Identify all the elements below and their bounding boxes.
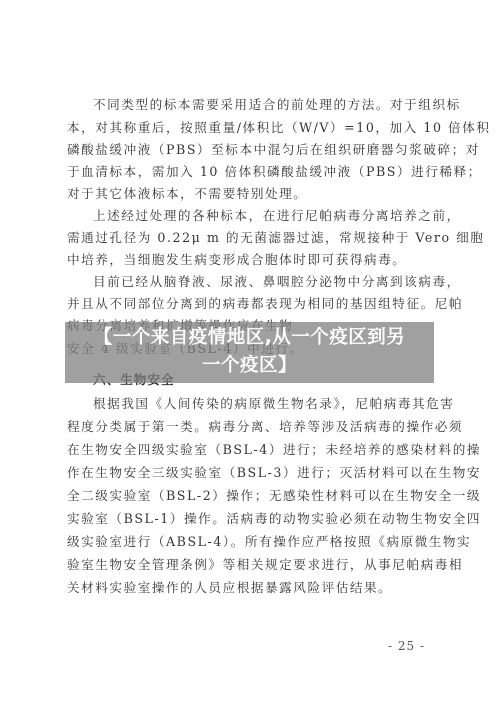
- text-line: 目前已经从脑脊液、尿液、鼻咽腔分泌物中分离到该病毒，: [93, 271, 463, 293]
- page-number: - 25 -: [388, 639, 425, 653]
- text-line: 对于其它体液标本，不需要特别处理。: [67, 183, 437, 205]
- overlay-title: 【一个来自疫情地区,从一个疫区到另 一个疫区】: [65, 324, 434, 380]
- text-line: 需通过孔径为 0.22μ m 的无菌滤器过滤，常规接种于 Vero 细胞: [67, 227, 437, 249]
- overlay-title-line-2: 一个疫区】: [65, 352, 434, 380]
- text-line: 并且从不同部位分离到的病毒都表现为相同的基因组特征。尼帕: [67, 293, 437, 315]
- text-line: 本，对其称重后，按照重量/体积比（W/V）=10，加入 10 倍体积: [67, 117, 437, 139]
- overlay-title-line-1: 【一个来自疫情地区,从一个疫区到另: [65, 324, 434, 352]
- text-line: 实验室（BSL-1）操作。活病毒的动物实验必须在动物生物安全四: [67, 508, 437, 530]
- text-line: 级实验室进行（ABSL-4）。所有操作应严格按照《病原微生物实: [67, 531, 437, 553]
- text-line: 关材料实验室操作的人员应根据暴露风险评估结果。: [67, 577, 437, 599]
- text-line: 根据我国《人间传染的病原微生物名录》，尼帕病毒其危害: [93, 393, 463, 415]
- document-page: 不同类型的标本需要采用适合的前处理的方法。对于组织标 本，对其称重后，按照重量/…: [0, 0, 500, 706]
- text-line: 验室生物安全管理条例》等相关规定要求进行，从事尼帕病毒相: [67, 554, 437, 576]
- text-line: 中培养，当细胞发生病变形成合胞体时即可获得病毒。: [67, 249, 437, 271]
- text-line: 于血清标本，需加入 10 倍体积磷酸盐缓冲液（PBS）进行稀释；: [67, 161, 437, 183]
- text-line: 作在生物安全三级实验室（BSL-3）进行；灭活材料可以在生物安: [67, 462, 437, 484]
- text-line: 程度分类属于第一类。病毒分离、培养等涉及活病毒的操作必须: [67, 416, 437, 438]
- text-line: 上述经过处理的各种标本，在进行尼帕病毒分离培养之前，: [93, 205, 463, 227]
- text-line: 不同类型的标本需要采用适合的前处理的方法。对于组织标: [93, 94, 463, 116]
- text-line: 磷酸盐缓冲液（PBS）至标本中混匀后在组织研磨器匀浆破碎；对: [67, 139, 437, 161]
- text-line: 全二级实验室（BSL-2）操作；无感染性材料可以在生物安全一级: [67, 485, 437, 507]
- text-line: 在生物安全四级实验室（BSL-4）进行；未经培养的感染材料的操: [67, 439, 437, 461]
